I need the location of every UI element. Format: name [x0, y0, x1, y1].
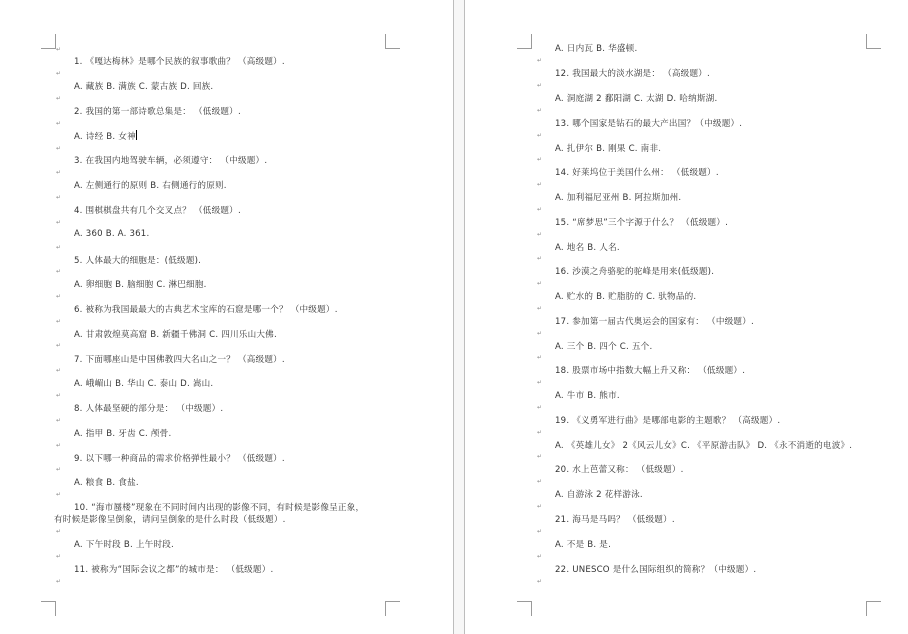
text-line[interactable]: 21. 海马是马吗？ （低级题）.: [555, 513, 675, 525]
paragraph-mark-icon: ↵: [56, 417, 61, 424]
text-line[interactable]: A. 自游泳 2 花样游泳.: [555, 488, 643, 500]
text-line[interactable]: A. 加利福尼亚州 B. 阿拉斯加州.: [555, 191, 681, 203]
text-line[interactable]: A. 扎伊尔 B. 刚果 C. 南非.: [555, 142, 661, 154]
text-line[interactable]: 15. “席梦思”三个字源于什么？ （低级题）.: [555, 216, 728, 228]
paragraph-mark-icon: ↵: [537, 404, 542, 411]
margin-corner-bottom-right: [385, 601, 400, 616]
paragraph-mark-icon: ↵: [537, 354, 542, 361]
text-line[interactable]: A. 牛市 B. 熊市.: [555, 389, 620, 401]
text-line[interactable]: A. 甘肃敦煌莫高窟 B. 新疆千佛洞 C. 四川乐山大佛.: [74, 328, 277, 340]
margin-corner-bottom-left: [41, 601, 56, 616]
text-line[interactable]: 6. 被称为我国最最大的古典艺术宝库的石窟是哪一个？ （中级题）.: [74, 303, 338, 315]
paragraph-mark-icon: ↵: [537, 132, 542, 139]
paragraph-mark-icon: ↵: [56, 318, 61, 325]
paragraph-mark-icon: ↵: [537, 330, 542, 337]
paragraph-mark-icon: ↵: [537, 107, 542, 114]
margin-corner-top-left: [517, 34, 532, 49]
text-line[interactable]: 16. 沙漠之舟骆驼的驼峰是用来(低级题).: [555, 265, 714, 277]
paragraph-mark-icon: ↵: [537, 231, 542, 238]
document-page-right: A. 日内瓦 B. 华盛顿.12. 我国最大的淡水湖是： （高级题）.A. 洞庭…: [465, 0, 908, 634]
text-line[interactable]: A. 粮食 B. 食盐.: [74, 476, 139, 488]
paragraph-mark-icon: ↵: [537, 181, 542, 188]
text-cursor: [136, 130, 137, 140]
text-line[interactable]: A. 不是 B. 是.: [555, 538, 611, 550]
text-line[interactable]: 19. 《义勇军进行曲》是哪部电影的主题歌？ （高级题）.: [555, 414, 780, 426]
text-line[interactable]: A. 藏族 B. 满族 C. 蒙古族 D. 回族.: [74, 80, 213, 92]
text-line[interactable]: 7. 下面哪座山是中国佛教四大名山之一？ （高级题）.: [74, 353, 285, 365]
text-line[interactable]: 13. 哪个国家是钻石的最大产出国？（中级题）.: [555, 117, 742, 129]
paragraph-mark-icon: ↵: [537, 379, 542, 386]
text-line[interactable]: A. 左侧通行的原则 B. 右侧通行的原则.: [74, 179, 227, 191]
text-line[interactable]: 12. 我国最大的淡水湖是： （高级题）.: [555, 67, 710, 79]
text-line[interactable]: 10. “海市蜃楼”现象在不同时间内出现的影像不同，有时候是影像呈正象，: [74, 501, 364, 513]
paragraph-mark-icon: ↵: [56, 367, 61, 374]
paragraph-mark-icon: ↵: [537, 82, 542, 89]
text-line[interactable]: A. 峨嵋山 B. 华山 C. 泰山 D. 嵩山.: [74, 377, 213, 389]
text-line[interactable]: A. 洞庭湖 2 鄱阳湖 C. 太湖 D. 哈纳斯湖.: [555, 92, 717, 104]
text-line[interactable]: 1. 《嘎达梅林》是哪个民族的叙事歌曲？ （高级题）.: [74, 55, 285, 67]
paragraph-mark-icon: ↵: [537, 453, 542, 460]
text-line[interactable]: A. 卵细胞 B. 脑细胞 C. 淋巴细胞.: [74, 278, 207, 290]
paragraph-mark-icon: ↵: [537, 255, 542, 262]
margin-corner-bottom-left: [517, 601, 532, 616]
paragraph-mark-icon: ↵: [56, 553, 61, 560]
margin-corner-top-right: [385, 34, 400, 49]
text-line[interactable]: A. 《英雄儿女》 2《风云儿女》C. 《平原游击队》 D. 《永不消逝的电波》…: [555, 439, 852, 451]
text-line[interactable]: A. 360 B. A. 361.: [74, 229, 149, 239]
paragraph-mark-icon: ↵: [56, 392, 61, 399]
paragraph-mark-icon: ↵: [537, 553, 542, 560]
paragraph-mark-icon: ↵: [56, 244, 61, 251]
paragraph-mark-icon: ↵: [537, 528, 542, 535]
paragraph-mark-icon: ↵: [56, 491, 61, 498]
text-line[interactable]: A. 下午时段 B. 上午时段.: [74, 538, 174, 550]
margin-corner-top-right: [866, 34, 881, 49]
text-line[interactable]: 2. 我国的第一部诗歌总集是： （低级题）.: [74, 105, 241, 117]
text-line[interactable]: 17. 参加第一届古代奥运会的国家有： （中级题）.: [555, 315, 754, 327]
paragraph-mark-icon: ↵: [537, 305, 542, 312]
paragraph-mark-icon: ↵: [56, 293, 61, 300]
text-line[interactable]: 14. 好莱坞位于美国什么州： （低级题）.: [555, 166, 719, 178]
page-gutter: [453, 0, 465, 634]
paragraph-mark-icon: ↵: [56, 120, 61, 127]
text-line[interactable]: A. 诗经 B. 女神: [74, 130, 137, 142]
text-line[interactable]: 有时候是影像呈倒象，请问呈倒象的是什么时段（低级题）.: [54, 513, 286, 525]
text-line[interactable]: 18. 股票市场中指数大幅上升又称： （低级题）.: [555, 364, 745, 376]
text-line[interactable]: 3. 在我国内地驾驶车辆，必须遵守： （中级题）.: [74, 154, 267, 166]
paragraph-mark-icon: ↵: [56, 268, 61, 275]
paragraph-mark-icon: ↵: [537, 280, 542, 287]
text-line[interactable]: 20. 水上芭蕾又称： （低级题）.: [555, 463, 684, 475]
paragraph-mark-icon: ↵: [537, 578, 542, 585]
text-line[interactable]: A. 贮水的 B. 贮脂肪的 C. 驮物品的.: [555, 290, 696, 302]
paragraph-mark-icon: ↵: [537, 503, 542, 510]
paragraph-mark-icon: ↵: [56, 169, 61, 176]
paragraph-mark-icon: ↵: [56, 70, 61, 77]
text-line[interactable]: A. 日内瓦 B. 华盛顿.: [555, 42, 637, 54]
text-line[interactable]: A. 地名 B. 人名.: [555, 241, 620, 253]
paragraph-mark-icon: ↵: [56, 145, 61, 152]
text-line[interactable]: 11. 被称为“国际会议之都”的城市是： （低级题）.: [74, 563, 273, 575]
paragraph-mark-icon: ↵: [56, 342, 61, 349]
text-line[interactable]: 4. 围棋棋盘共有几个交叉点？ （低级题）.: [74, 204, 241, 216]
text-line[interactable]: A. 三个 B. 四个 C. 五个.: [555, 340, 652, 352]
document-page-left: 1. 《嘎达梅林》是哪个民族的叙事歌曲？ （高级题）.A. 藏族 B. 满族 C…: [0, 0, 453, 634]
paragraph-mark-icon: ↵: [537, 156, 542, 163]
text-line[interactable]: 22. UNESCO 是什么国际组织的简称？（中级题）.: [555, 563, 756, 575]
paragraph-mark-icon: ↵: [56, 466, 61, 473]
paragraph-mark-icon: ↵: [56, 219, 61, 226]
paragraph-mark-icon: ↵: [56, 578, 61, 585]
text-line[interactable]: 8. 人体最坚硬的部分是： （中级题）.: [74, 402, 223, 414]
text-line[interactable]: A. 指甲 B. 牙齿 C. 颅骨.: [74, 427, 171, 439]
paragraph-mark-icon: ↵: [537, 57, 542, 64]
paragraph-mark-icon: ↵: [537, 206, 542, 213]
paragraph-mark-icon: ↵: [56, 442, 61, 449]
paragraph-mark-icon: ↵: [537, 429, 542, 436]
paragraph-mark-icon: ↵: [56, 528, 61, 535]
paragraph-mark-icon: ↵: [56, 95, 61, 102]
text-line[interactable]: 9. 以下哪一种商品的需求价格弹性最小？ （低级题）.: [74, 452, 285, 464]
paragraph-mark-icon: ↵: [537, 478, 542, 485]
text-line[interactable]: 5. 人体最大的细胞是：(低级题).: [74, 254, 201, 266]
margin-corner-top-left: [41, 34, 56, 49]
paragraph-mark-icon: ↵: [56, 194, 61, 201]
margin-corner-bottom-right: [866, 601, 881, 616]
paragraph-mark-icon: ↵: [56, 46, 61, 53]
